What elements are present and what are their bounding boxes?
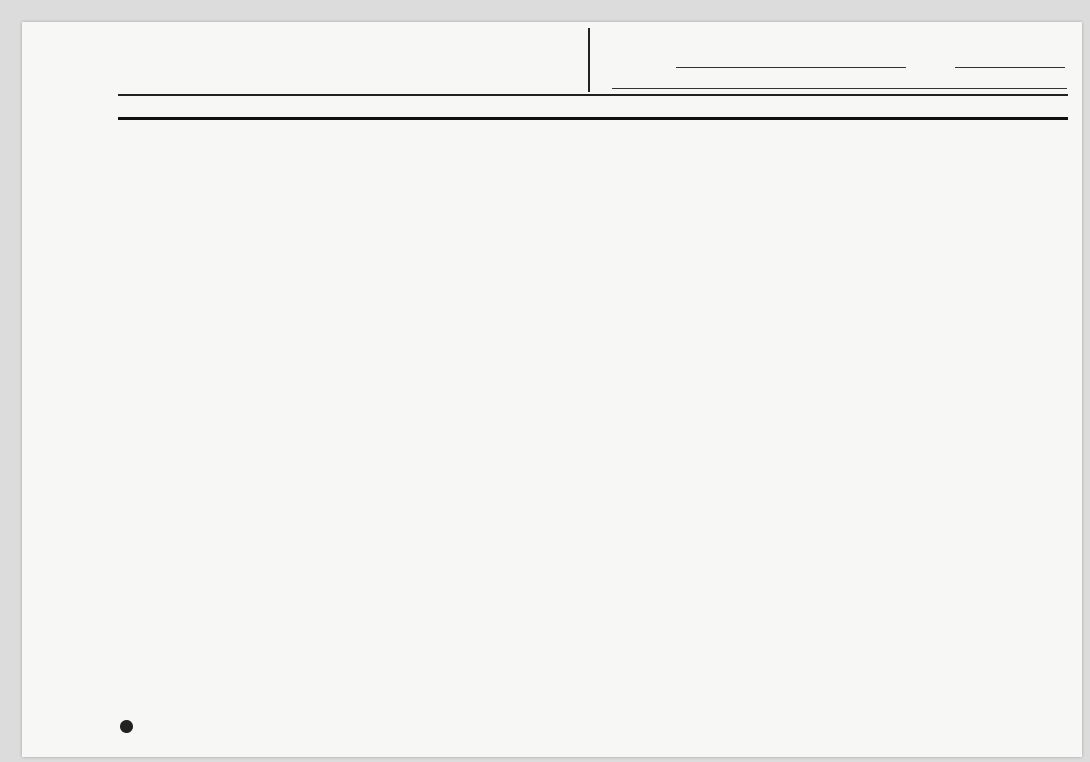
rule <box>118 117 1068 120</box>
subpopulation-line <box>612 88 1067 89</box>
header-divider <box>588 28 590 92</box>
census-form-sheet <box>22 22 1082 757</box>
printer-logo-icon <box>120 720 133 733</box>
gemeente-line <box>676 67 906 68</box>
provincie-line <box>955 67 1065 68</box>
rule <box>118 94 1068 96</box>
